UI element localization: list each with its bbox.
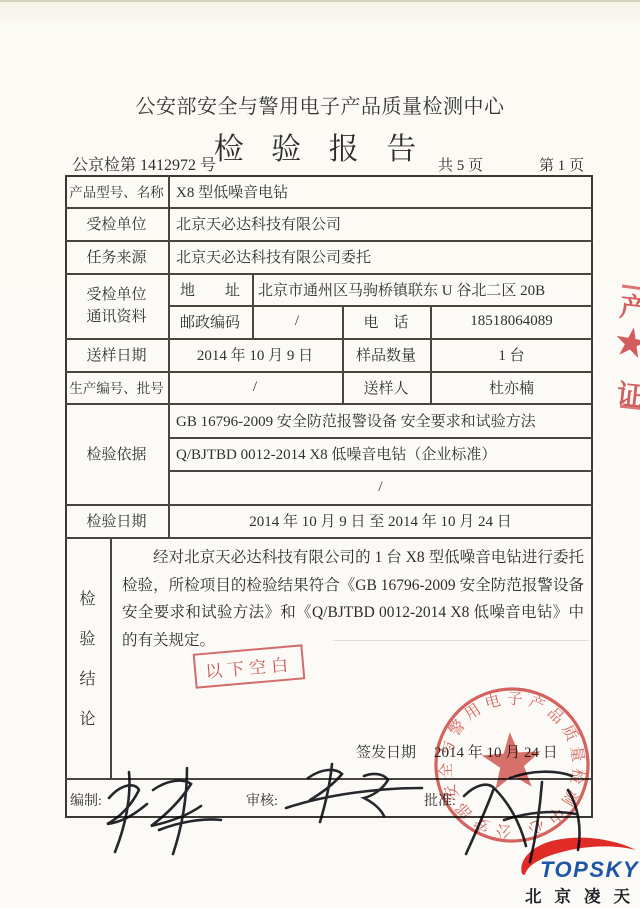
basis-line-3: /	[168, 470, 593, 504]
address-value: 北京市通州区马驹桥镇联东 U 谷北二区 20B	[258, 273, 588, 305]
phone-label: 电 话	[342, 305, 430, 338]
test-date-value: 2014 年 10 月 9 日 至 2014 年 10 月 24 日	[168, 504, 593, 537]
conclusion-text: 经对北京天必达科技有限公司的 1 台 X8 型低噪音电钻进行委托检验，所检项目的…	[122, 544, 584, 654]
batch-value: /	[168, 371, 342, 403]
sample-qty-value: 1 台	[430, 338, 593, 371]
test-date-label: 检验日期	[65, 504, 168, 537]
grid-line	[65, 537, 593, 539]
contact-label-line1: 受检单位	[86, 284, 146, 306]
grid-line	[110, 537, 112, 778]
phone-value: 18518064089	[430, 305, 593, 338]
task-source-value: 北京天必达科技有限公司委托	[176, 240, 586, 273]
client-label: 受检单位	[65, 207, 168, 240]
batch-label: 生产编号、批号	[65, 371, 168, 403]
edge-stamp-star-icon: ★	[612, 320, 640, 367]
scanned-inspection-report: 公安部安全与警用电子产品质量检测中心 检 验 报 告 公京检第 1412972 …	[0, 0, 640, 908]
org-name: 公安部安全与警用电子产品质量检测中心	[0, 90, 640, 119]
client-value: 北京天必达科技有限公司	[176, 207, 586, 240]
contact-label: 受检单位 通讯资料	[65, 273, 168, 338]
sample-date-value: 2014 年 10 月 9 日	[168, 338, 342, 371]
conclusion-char: 结	[79, 666, 95, 689]
report-number: 公京检第 1412972 号	[72, 152, 216, 175]
reviewed-signature	[272, 758, 427, 830]
conclusion-char: 验	[79, 626, 95, 649]
product-model-label: 产品型号、名称	[65, 175, 168, 207]
conclusion-char: 检	[79, 586, 95, 609]
basis-line-1: GB 16796-2009 安全防范报警设备 安全要求和试验方法	[176, 403, 588, 437]
sender-value: 杜亦楠	[430, 371, 593, 403]
prepared-signature	[95, 760, 245, 860]
sample-date-label: 送样日期	[65, 338, 168, 371]
scan-edge	[0, 0, 640, 2]
postcode-label: 邮政编码	[168, 305, 252, 338]
conclusion-label: 检 验 结 论	[65, 537, 110, 778]
product-model-value: X8 型低噪音电钻	[176, 175, 586, 207]
approved-signature	[444, 762, 599, 867]
sender-label: 送样人	[342, 371, 430, 403]
basis-line-2: Q/BJTBD 0012-2014 X8 低噪音电钻（企业标准）	[176, 437, 588, 470]
address-label: 地 址	[168, 273, 252, 305]
contact-label-line2: 通讯资料	[86, 306, 146, 328]
postcode-value: /	[252, 305, 342, 338]
conclusion-char: 论	[79, 706, 95, 729]
basis-label: 检验依据	[65, 403, 168, 504]
logo-company: 北京凌天	[525, 883, 640, 907]
sample-qty-label: 样品数量	[342, 338, 430, 371]
page-total: 共 5 页	[438, 154, 483, 175]
pagination: 共 5 页 第 1 页	[438, 154, 584, 175]
page-current: 第 1 页	[539, 154, 584, 175]
task-source-label: 任务来源	[65, 240, 168, 273]
